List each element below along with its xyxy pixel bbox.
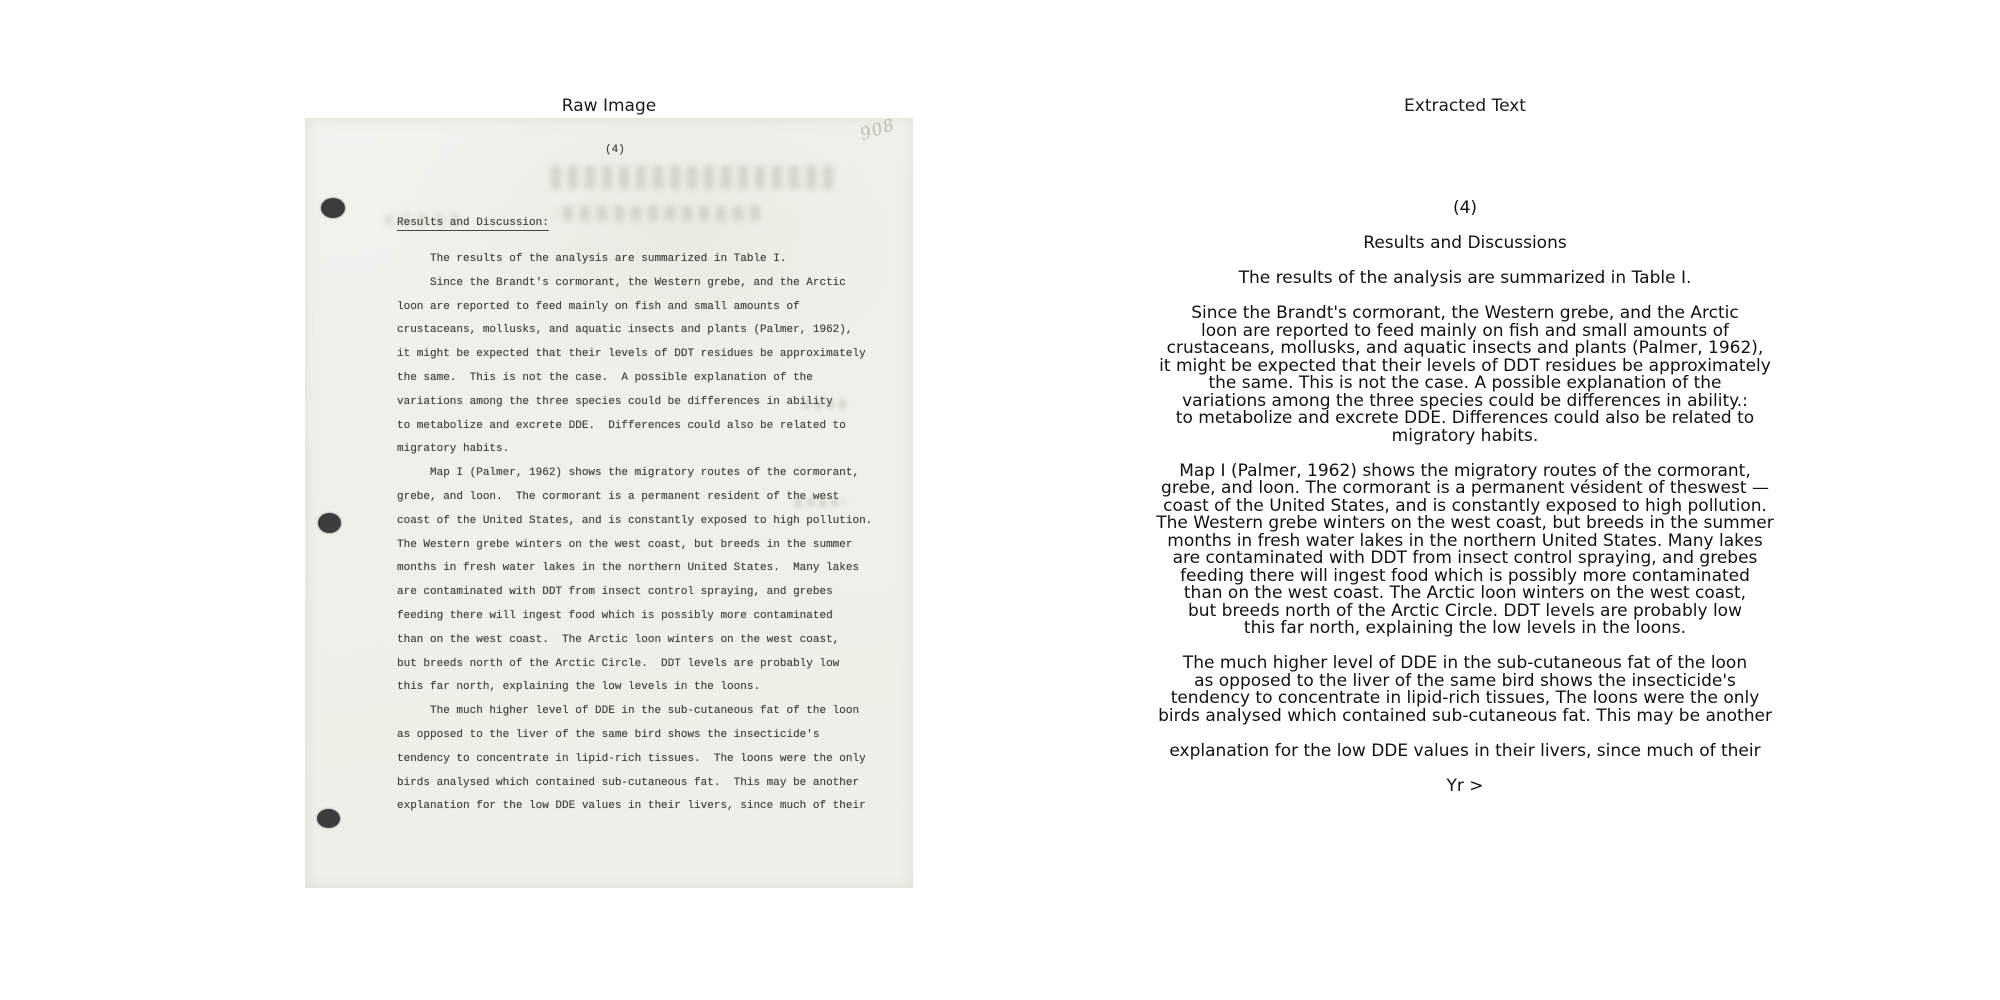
handwritten-page-mark: 908 bbox=[858, 115, 898, 145]
extracted-line: The Western grebe winters on the west co… bbox=[1125, 515, 1805, 533]
extracted-line: tendency to concentrate in lipid-rich ti… bbox=[1125, 690, 1805, 708]
extracted-paragraph: Results and Discussions bbox=[1125, 235, 1805, 253]
typed-line: but breeds north of the Arctic Circle. D… bbox=[397, 653, 872, 677]
extracted-line: migratory habits. bbox=[1125, 428, 1805, 446]
extracted-paragraph: Map I (Palmer, 1962) shows the migratory… bbox=[1125, 463, 1805, 638]
extracted-paragraph: The results of the analysis are summariz… bbox=[1125, 270, 1805, 288]
extracted-line: The results of the analysis are summariz… bbox=[1125, 270, 1805, 288]
typed-line: Map I (Palmer, 1962) shows the migratory… bbox=[397, 462, 872, 486]
typed-line: migratory habits. bbox=[397, 438, 872, 462]
extracted-line: the same. This is not the case. A possib… bbox=[1125, 375, 1805, 393]
extracted-line: explanation for the low DDE values in th… bbox=[1125, 743, 1805, 761]
hole-punch-bottom bbox=[317, 809, 340, 828]
extracted-paragraph: Since the Brandt's cormorant, the Wester… bbox=[1125, 305, 1805, 445]
extracted-line: Since the Brandt's cormorant, the Wester… bbox=[1125, 305, 1805, 323]
extracted-line: to metabolize and excrete DDE. Differenc… bbox=[1125, 410, 1805, 428]
typed-line: explanation for the low DDE values in th… bbox=[397, 795, 872, 819]
extracted-line: this far north, explaining the low level… bbox=[1125, 620, 1805, 638]
typed-line: this far north, explaining the low level… bbox=[397, 676, 872, 700]
typed-line: months in fresh water lakes in the north… bbox=[397, 557, 872, 581]
typed-line: grebe, and loon. The cormorant is a perm… bbox=[397, 486, 872, 510]
typed-line: than on the west coast. The Arctic loon … bbox=[397, 629, 872, 653]
bleed-through-smudge bbox=[555, 206, 760, 221]
typed-line: as opposed to the liver of the same bird… bbox=[397, 724, 872, 748]
typed-line: variations among the three species could… bbox=[397, 391, 872, 415]
typed-line: birds analysed which contained sub-cutan… bbox=[397, 772, 872, 796]
extracted-paragraph: The much higher level of DDE in the sub-… bbox=[1125, 655, 1805, 725]
hole-punch-middle bbox=[318, 513, 341, 533]
extracted-line: grebe, and loon. The cormorant is a perm… bbox=[1125, 480, 1805, 498]
extracted-line: Results and Discussions bbox=[1125, 235, 1805, 253]
hole-punch-top bbox=[321, 198, 345, 218]
ocr-comparison-figure: Raw Image Extracted Text 908 (4) Results… bbox=[0, 0, 2000, 1000]
extracted-line: birds analysed which contained sub-cutan… bbox=[1125, 708, 1805, 726]
typed-line: to metabolize and excrete DDE. Differenc… bbox=[397, 415, 872, 439]
extracted-line: Yr > bbox=[1125, 778, 1805, 796]
typed-line: The Western grebe winters on the west co… bbox=[397, 534, 872, 558]
extracted-paragraphs: (4)Results and DiscussionsThe results of… bbox=[1125, 200, 1805, 813]
typed-line: crustaceans, mollusks, and aquatic insec… bbox=[397, 319, 872, 343]
raw-image-panel-title: Raw Image bbox=[305, 96, 913, 116]
typed-line: The much higher level of DDE in the sub-… bbox=[397, 700, 872, 724]
typed-lines: The results of the analysis are summariz… bbox=[397, 248, 872, 819]
typed-line: Since the Brandt's cormorant, the Wester… bbox=[397, 272, 872, 296]
typed-page-number: (4) bbox=[605, 144, 625, 156]
extracted-paragraph: Yr > bbox=[1125, 778, 1805, 796]
extracted-line: than on the west coast. The Arctic loon … bbox=[1125, 585, 1805, 603]
extracted-line: (4) bbox=[1125, 200, 1805, 218]
bleed-through-smudge bbox=[548, 166, 833, 189]
typed-line: the same. This is not the case. A possib… bbox=[397, 367, 872, 391]
extracted-paragraph: explanation for the low DDE values in th… bbox=[1125, 743, 1805, 761]
typed-line: feeding there will ingest food which is … bbox=[397, 605, 872, 629]
section-heading: Results and Discussion: bbox=[397, 217, 549, 231]
typed-line: it might be expected that their levels o… bbox=[397, 343, 872, 367]
typed-line: The results of the analysis are summariz… bbox=[397, 248, 872, 272]
typed-line: coast of the United States, and is const… bbox=[397, 510, 872, 534]
extracted-text-panel-title: Extracted Text bbox=[1125, 96, 1805, 116]
extracted-paragraph: (4) bbox=[1125, 200, 1805, 218]
extracted-line: The much higher level of DDE in the sub-… bbox=[1125, 655, 1805, 673]
typed-line: tendency to concentrate in lipid-rich ti… bbox=[397, 748, 872, 772]
scanned-document-page: 908 (4) Results and Discussion: The resu… bbox=[305, 118, 913, 888]
extracted-line: crustaceans, mollusks, and aquatic insec… bbox=[1125, 340, 1805, 358]
extracted-line: are contaminated with DDT from insect co… bbox=[1125, 550, 1805, 568]
typed-line: are contaminated with DDT from insect co… bbox=[397, 581, 872, 605]
typed-line: loon are reported to feed mainly on fish… bbox=[397, 296, 872, 320]
